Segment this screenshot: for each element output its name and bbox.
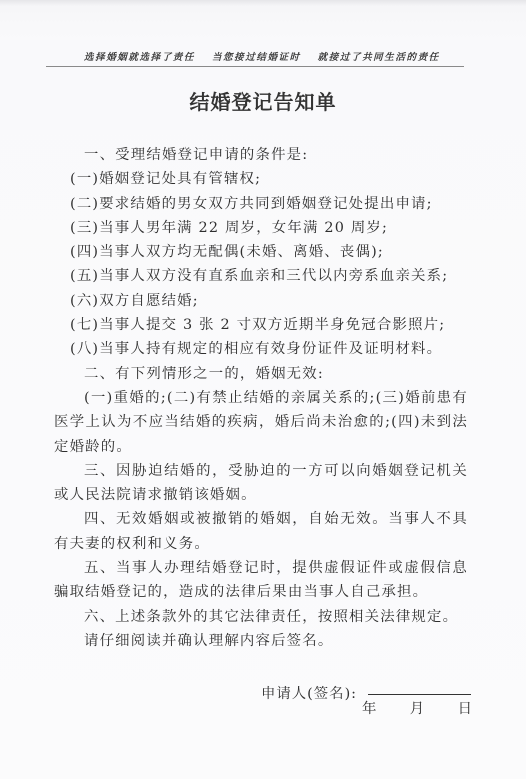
condition-item: (二)要求结婚的男女双方共同到婚姻登记处提出申请; bbox=[54, 192, 468, 216]
document-page: 选择婚姻就选择了责任 当您接过结婚证时 就接过了共同生活的责任 结婚登记告知单 … bbox=[0, 0, 526, 779]
section-4: 四、无效婚姻或被撤销的婚姻，自始无效。当事人不具有夫妻的权利和义务。 bbox=[54, 507, 468, 556]
date-day-label: 日 bbox=[458, 697, 472, 718]
signature-date: 年 月 日 bbox=[362, 697, 472, 718]
section-2-body: (一)重婚的;(二)有禁止结婚的亲属关系的;(三)婚前患有医学上认为不应当结婚的… bbox=[54, 386, 468, 459]
condition-item: (六)双方自愿结婚; bbox=[54, 289, 468, 313]
condition-item: (一)婚姻登记处具有管辖权; bbox=[54, 167, 468, 191]
motto-phrase: 当您接过结婚证时 bbox=[212, 52, 301, 63]
date-month-label: 月 bbox=[410, 697, 424, 718]
condition-item: (四)当事人双方均无配偶(未婚、离婚、丧偶); bbox=[54, 240, 468, 264]
motto-phrase: 就接过了共同生活的责任 bbox=[318, 52, 440, 63]
section-6: 六、上述条款外的其它法律责任，按照相关法律规定。 bbox=[54, 605, 468, 629]
signature-label: 申请人(签名): bbox=[261, 682, 357, 703]
signature-field[interactable] bbox=[368, 694, 471, 695]
condition-item: (七)当事人提交 3 张 2 寸双方近期半身免冠合影照片; bbox=[54, 313, 468, 337]
header-motto: 选择婚姻就选择了责任 当您接过结婚证时 就接过了共同生活的责任 bbox=[84, 49, 424, 63]
header-divider bbox=[46, 66, 464, 67]
section-2-heading: 二、有下列情形之一的，婚姻无效: bbox=[54, 362, 468, 386]
section-1-heading: 一、受理结婚登记申请的条件是: bbox=[54, 143, 468, 167]
condition-item: (八)当事人持有规定的相应有效身份证件及证明材料。 bbox=[54, 337, 468, 361]
date-year-label: 年 bbox=[362, 697, 376, 718]
condition-item: (五)当事人双方没有直系血亲和三代以内旁系血亲关系; bbox=[54, 264, 468, 288]
section-3: 三、因胁迫结婚的，受胁迫的一方可以向婚姻登记机关或人民法院请求撤销该婚姻。 bbox=[54, 459, 468, 508]
closing-instruction: 请仔细阅读并确认理解内容后签名。 bbox=[54, 629, 468, 653]
document-title: 结婚登记告知单 bbox=[0, 86, 526, 115]
motto-phrase: 选择婚姻就选择了责任 bbox=[84, 52, 195, 63]
condition-item: (三)当事人男年满 22 周岁，女年满 20 周岁; bbox=[54, 216, 468, 240]
document-body: 一、受理结婚登记申请的条件是: (一)婚姻登记处具有管辖权; (二)要求结婚的男… bbox=[54, 143, 468, 653]
section-5: 五、当事人办理结婚登记时，提供虚假证件或虚假信息骗取结婚登记的，造成的法律后果由… bbox=[54, 556, 468, 605]
